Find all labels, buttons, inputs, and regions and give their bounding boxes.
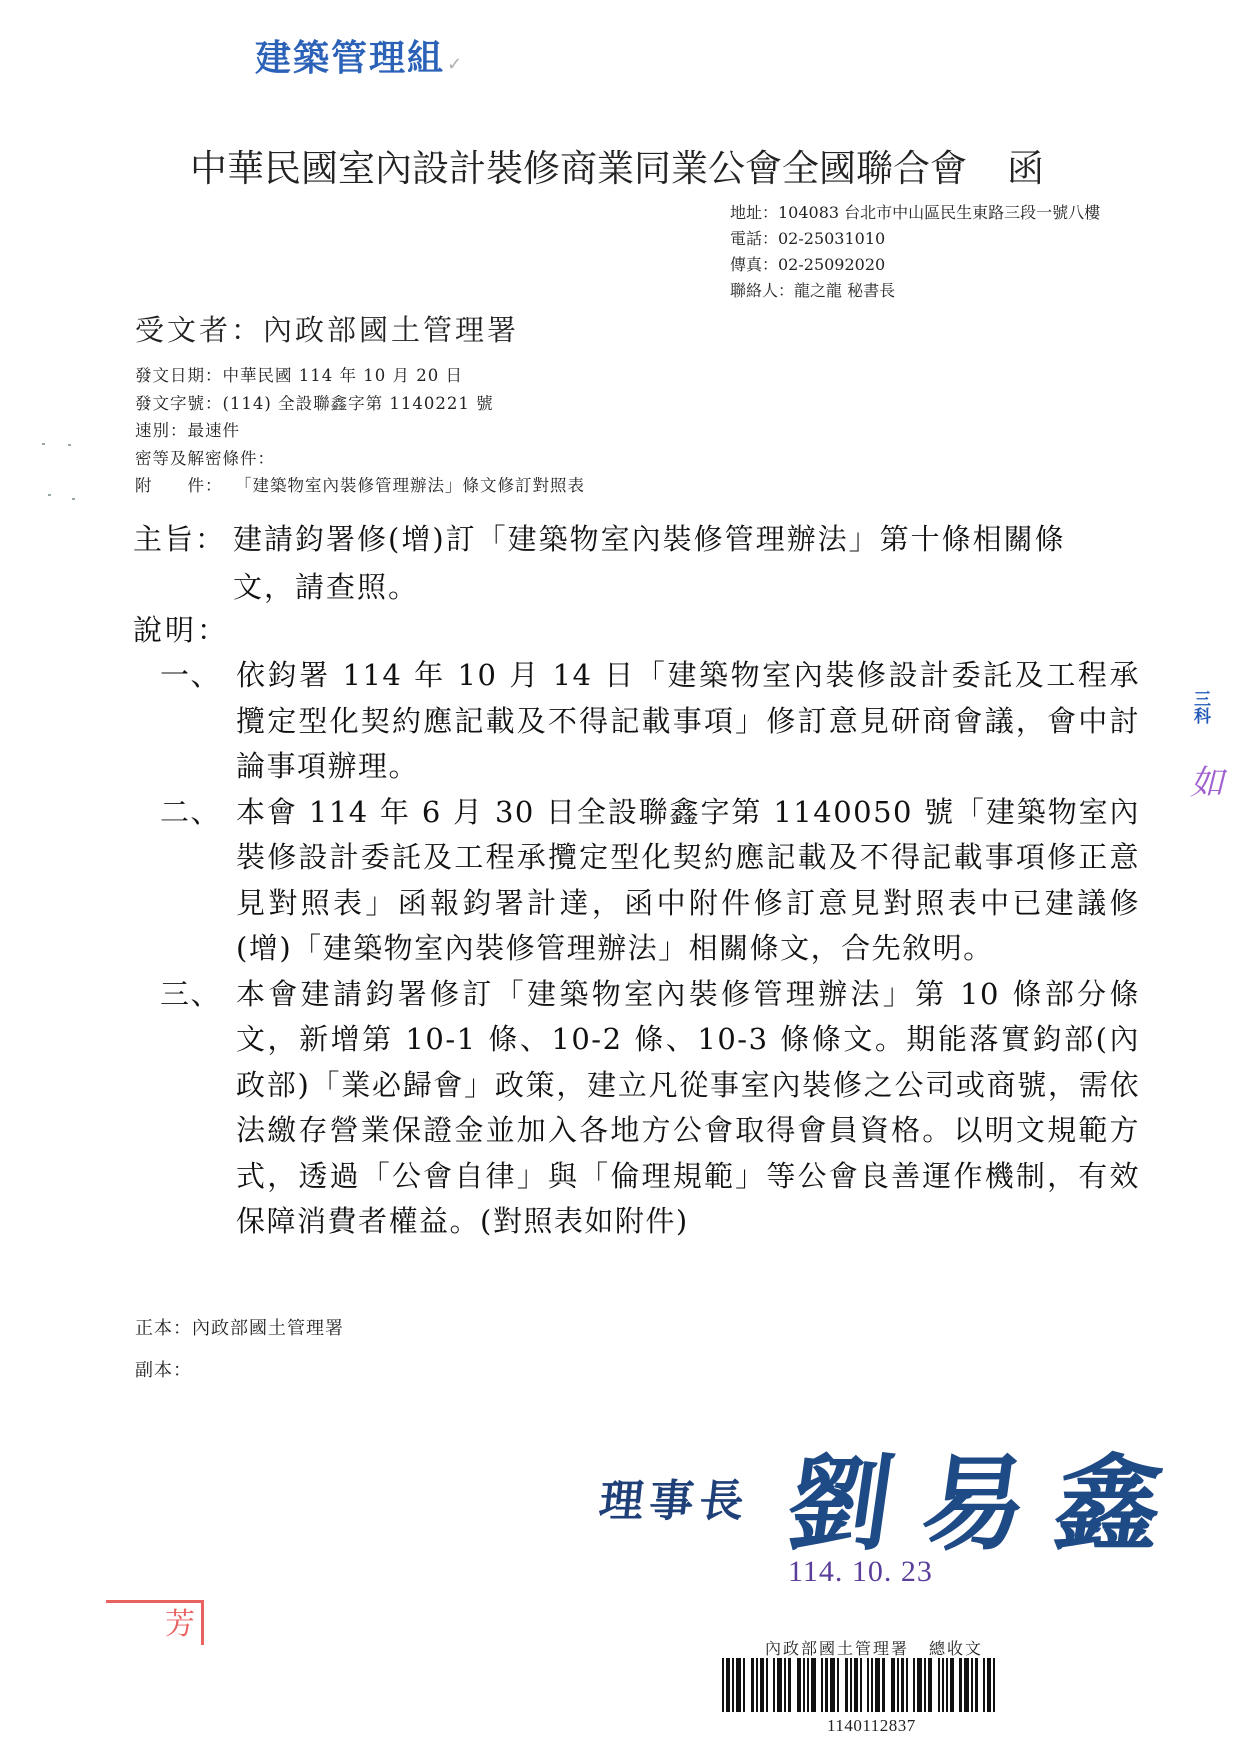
scan-speck [72,498,75,500]
address: 地址：104083 台北市中山區民生東路三段一號八樓 [730,200,1100,226]
check-mark-icon: ✓ [447,54,464,75]
attachment-value: 「建築物室內裝修管理辦法」條文修訂對照表 [235,476,585,495]
barcode-number: 1140112837 [827,1716,916,1736]
document-type: 函 [1007,147,1044,190]
fax: 傳真：02-25092020 [730,252,1100,278]
item-number: 一、 [160,653,236,790]
subject-line-2: 文，請查照。 [133,563,1133,611]
delivery-speed: 速別：最速件 [135,417,585,445]
attachment-label: 附 件： [135,472,235,500]
distribution: 正本：內政部國土管理署 副本： [135,1308,344,1392]
phone: 電話：02-25031010 [730,226,1100,252]
item-text: 本會建請鈞署修訂「建築物室內裝修管理辦法」第 10 條部分條文，新增第 10-1… [236,972,1140,1245]
item-text: 本會 114 年 6 月 30 日全設聯鑫字第 1140050 號「建築物室內裝… [236,790,1140,972]
explanation-item: 二、 本會 114 年 6 月 30 日全設聯鑫字第 1140050 號「建築物… [160,790,1140,972]
contact-block: 地址：104083 台北市中山區民生東路三段一號八樓 電話：02-2503101… [730,200,1100,304]
issue-date: 發文日期：中華民國 114 年 10 月 20 日 [135,362,585,390]
department-stamp: 建築管理組✓ [255,30,464,81]
subject: 主旨：建請鈞署修(增)訂「建築物室內裝修管理辦法」第十條相關條 文，請查照。 [133,515,1133,611]
margin-note-purple: 如 [1190,755,1224,804]
scan-speck [42,443,45,445]
explanation-item: 三、 本會建請鈞署修訂「建築物室內裝修管理辦法」第 10 條部分條文，新增第 1… [160,972,1140,1245]
date-stamp: 114. 10. 23 [788,1555,933,1589]
scan-speck [48,494,51,496]
subject-label: 主旨： [133,515,233,563]
scan-speck [68,444,71,446]
barcode [722,1658,1037,1712]
signature-name: 劉易鑫 [779,1420,1202,1570]
explanation-label: 說明： [133,608,229,649]
document-header: 中華民國室內設計裝修商業同業公會全國聯合會函 [190,138,1044,192]
copy-recipient: 副本： [135,1350,344,1392]
receipt-label: 內政部國土管理署總收文 [765,1636,983,1659]
subject-line-1: 建請鈞署修(增)訂「建築物室內裝修管理辦法」第十條相關條 [233,522,1066,556]
item-number: 三、 [160,972,236,1245]
recipient: 受文者：內政部國土管理署 [135,308,519,349]
signature-title: 理事長 [597,1465,754,1529]
item-text: 依鈞署 114 年 10 月 14 日「建築物室內裝修設計委託及工程承攬定型化契… [236,653,1140,790]
item-number: 二、 [160,790,236,972]
margin-note-blue: 三科 [1188,690,1213,724]
attachment: 附 件：「建築物室內裝修管理辦法」條文修訂對照表 [135,472,585,500]
document-meta: 發文日期：中華民國 114 年 10 月 20 日 發文字號：(114) 全設聯… [135,362,585,500]
document-number: 發文字號：(114) 全設聯鑫字第 1140221 號 [135,390,585,418]
department-stamp-text: 建築管理組 [255,37,445,79]
classification: 密等及解密條件： [135,445,585,473]
receipt-org: 內政部國土管理署 [765,1639,909,1658]
contact-person: 聯絡人：龍之龍 秘書長 [730,278,1100,304]
explanation-item: 一、 依鈞署 114 年 10 月 14 日「建築物室內裝修設計委託及工程承攬定… [160,653,1140,790]
organization-name: 中華民國室內設計裝修商業同業公會全國聯合會 [190,147,967,190]
original-recipient: 正本：內政部國土管理署 [135,1308,344,1350]
red-seal-stamp: 芳 [106,1600,204,1645]
receipt-type: 總收文 [929,1639,983,1658]
explanation-list: 一、 依鈞署 114 年 10 月 14 日「建築物室內裝修設計委託及工程承攬定… [160,653,1140,1245]
